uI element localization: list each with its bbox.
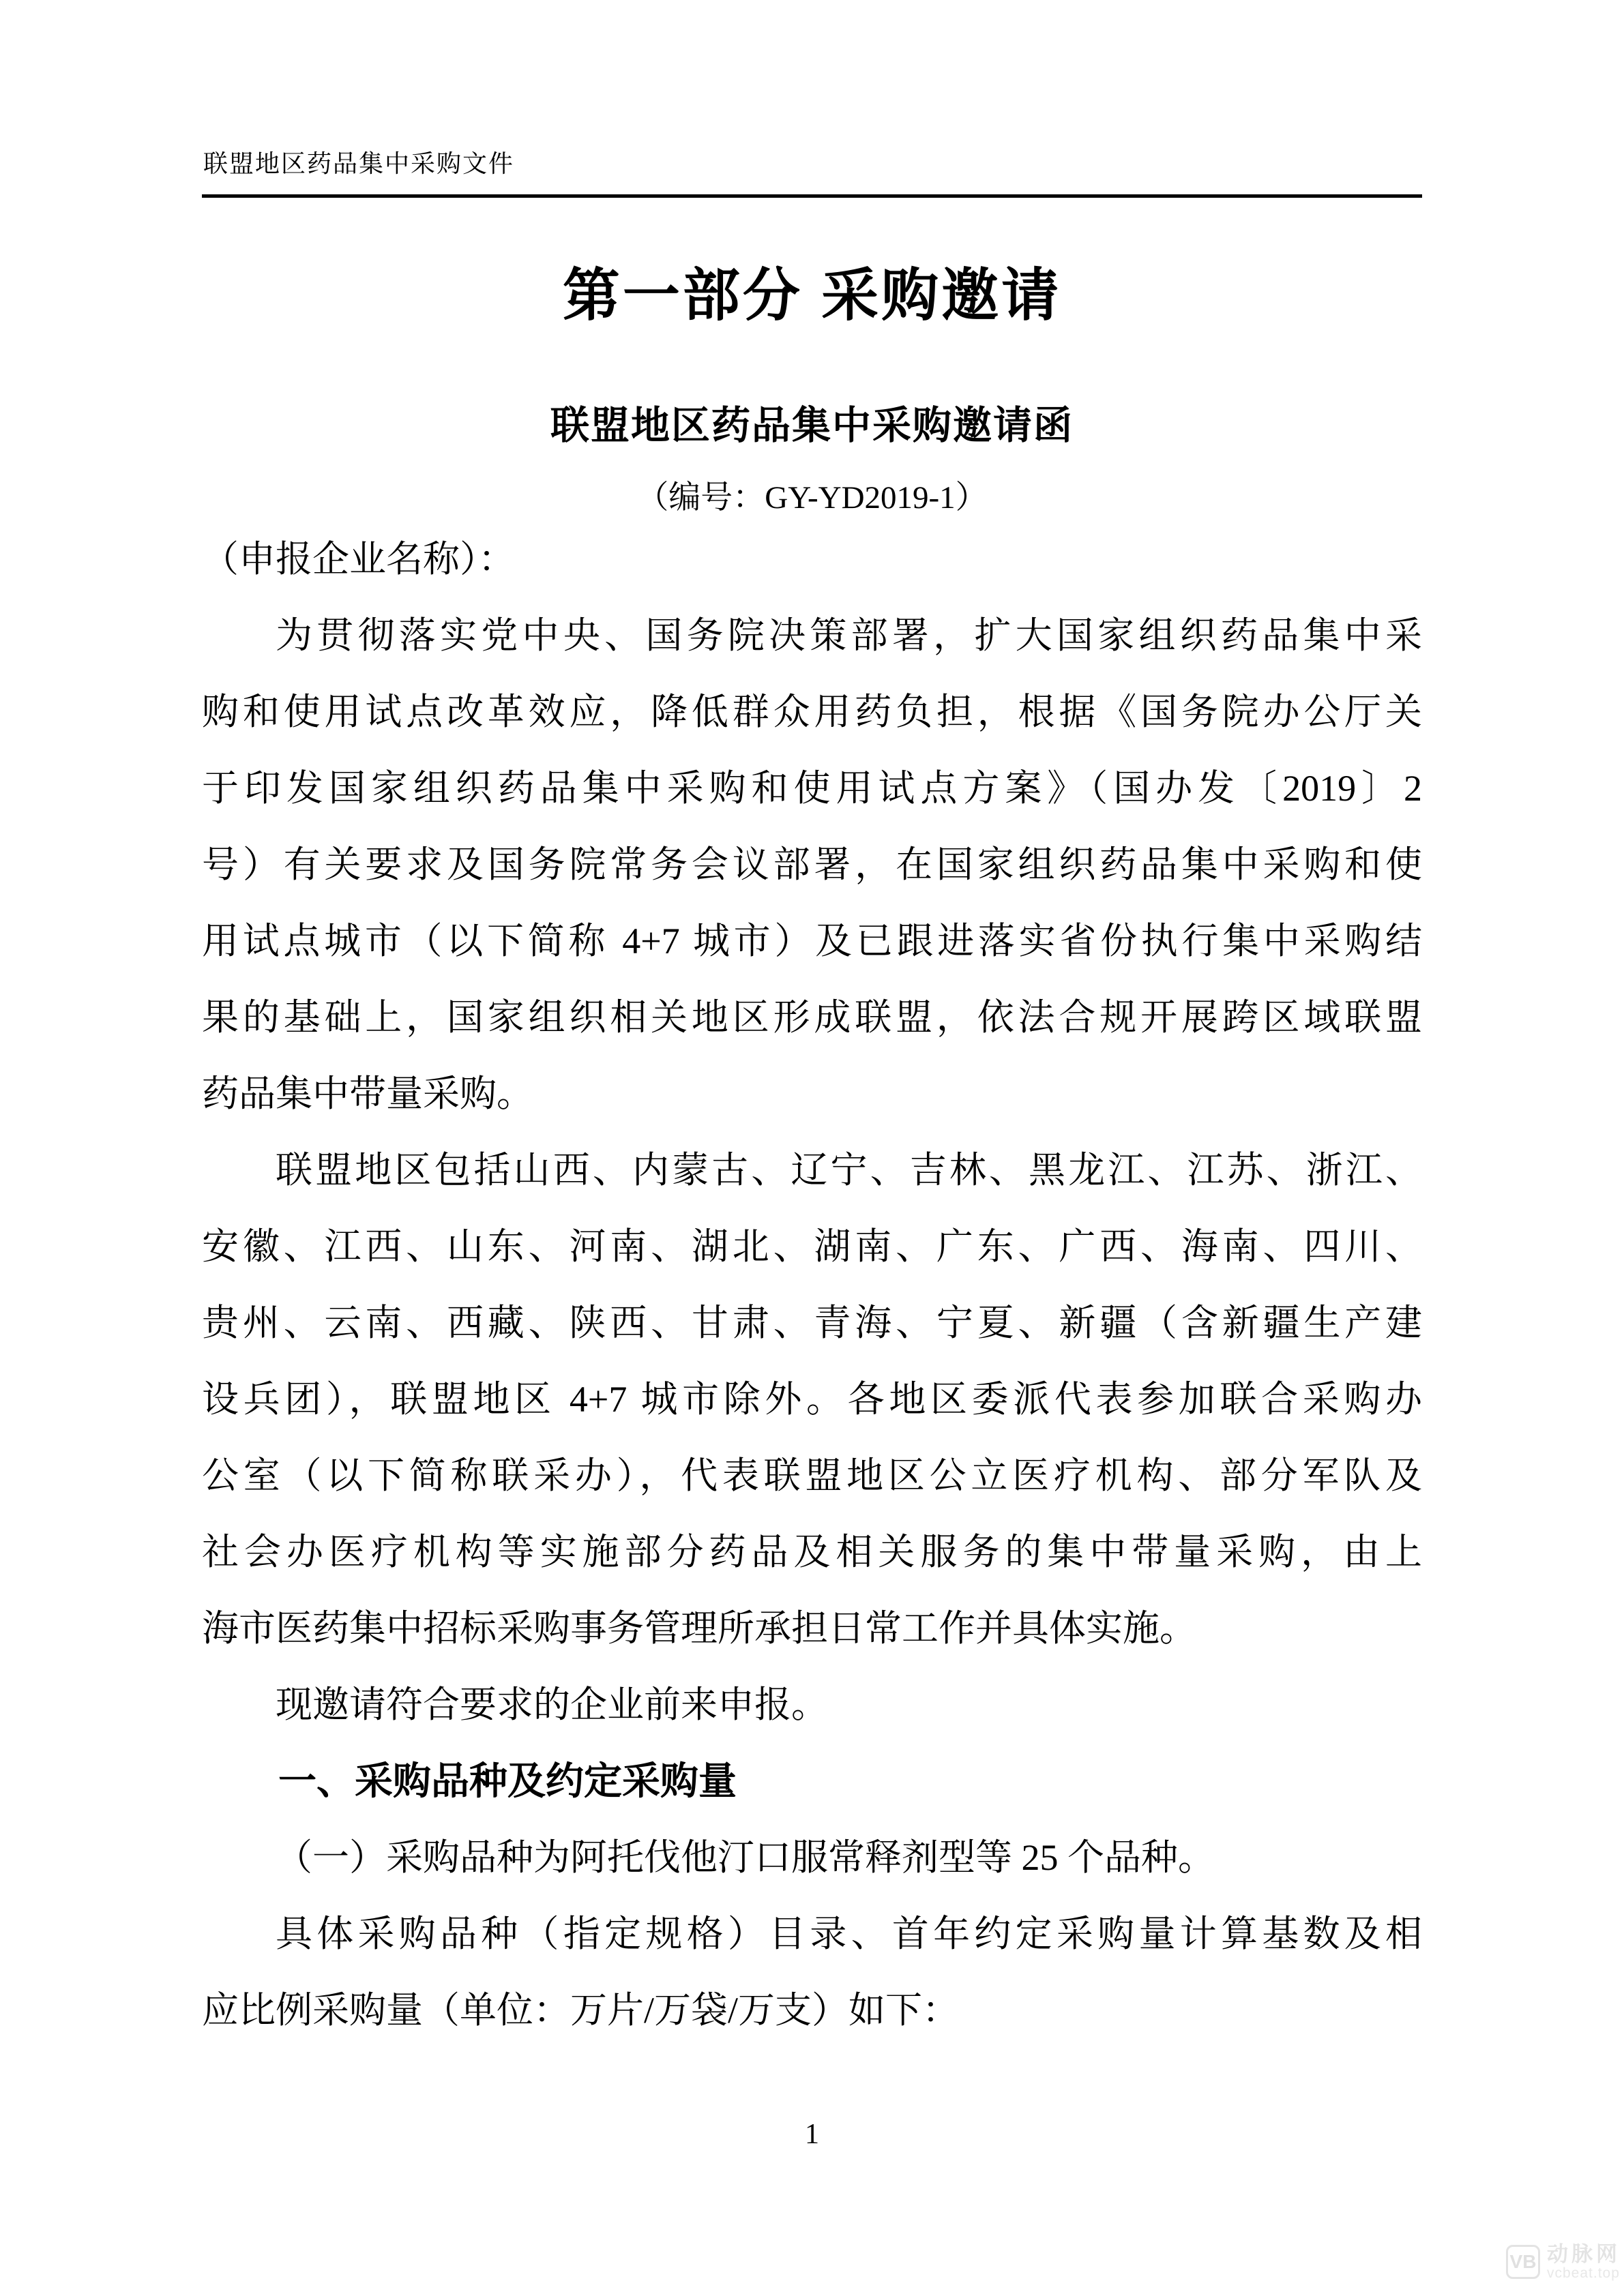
text-line: 公室（以下简称联采办），代表联盟地区公立医疗机构、部分军队及 bbox=[202, 1437, 1422, 1514]
text-line: 为贯彻落实党中央、国务院决策部署，扩大国家组织药品集中采 bbox=[202, 597, 1422, 674]
text-line: 用试点城市（以下简称 4+7 城市）及已跟进落实省份执行集中采购结 bbox=[202, 903, 1422, 979]
doc-number: （编号：GY-YD2019-1） bbox=[202, 472, 1422, 518]
text-line: 海市医药集中招标采购事务管理所承担日常工作并具体实施。 bbox=[202, 1590, 1422, 1667]
text-line: 一、采购品种及约定采购量 bbox=[202, 1743, 1422, 1819]
watermark-site: vcbeat.top bbox=[1547, 2266, 1621, 2281]
section-heading: 一、采购品种及约定采购量 bbox=[202, 1743, 1422, 1819]
watermark: VB 动脉网 vcbeat.top bbox=[1506, 2243, 1621, 2281]
text-line: 具体采购品种（指定规格）目录、首年约定采购量计算基数及相 bbox=[202, 1896, 1422, 1972]
text-line: 安徽、江西、山东、河南、湖北、湖南、广东、广西、海南、四川、 bbox=[202, 1208, 1422, 1285]
text-line: 购和使用试点改革效应，降低群众用药负担，根据《国务院办公厅关 bbox=[202, 674, 1422, 750]
text-line: （申报企业名称）： bbox=[202, 521, 1422, 597]
paragraph: 为贯彻落实党中央、国务院决策部署，扩大国家组织药品集中采购和使用试点改革效应，降… bbox=[202, 597, 1422, 1132]
paragraph: 现邀请符合要求的企业前来申报。 bbox=[202, 1667, 1422, 1743]
text-line: 号）有关要求及国务院常务会议部署，在国家组织药品集中采购和使 bbox=[202, 826, 1422, 903]
text-line: 贵州、云南、西藏、陕西、甘肃、青海、宁夏、新疆（含新疆生产建 bbox=[202, 1285, 1422, 1361]
paragraph: 联盟地区包括山西、内蒙古、辽宁、吉林、黑龙江、江苏、浙江、安徽、江西、山东、河南… bbox=[202, 1132, 1422, 1667]
vb-logo-icon: VB bbox=[1506, 2245, 1540, 2279]
text-line: 于印发国家组织药品集中采购和使用试点方案》（国办发〔2019〕2 bbox=[202, 750, 1422, 826]
text-line: 设兵团），联盟地区 4+7 城市除外。各地区委派代表参加联合采购办 bbox=[202, 1361, 1422, 1437]
page-title: 第一部分 采购邀请 bbox=[202, 250, 1422, 332]
paragraph: 具体采购品种（指定规格）目录、首年约定采购量计算基数及相应比例采购量（单位：万片… bbox=[202, 1896, 1422, 2048]
document-page: 联盟地区药品集中采购文件 第一部分 采购邀请 联盟地区药品集中采购邀请函 （编号… bbox=[0, 0, 1624, 2296]
watermark-text: 动脉网 vcbeat.top bbox=[1547, 2243, 1621, 2281]
watermark-name: 动脉网 bbox=[1547, 2243, 1621, 2266]
paragraph: （一）采购品种为阿托伐他汀口服常释剂型等 25 个品种。 bbox=[202, 1819, 1422, 1896]
doc-subtitle: 联盟地区药品集中采购邀请函 bbox=[202, 394, 1422, 450]
paragraph: （申报企业名称）： bbox=[202, 521, 1422, 597]
text-line: （一）采购品种为阿托伐他汀口服常释剂型等 25 个品种。 bbox=[202, 1819, 1422, 1896]
body-paragraphs: （申报企业名称）：为贯彻落实党中央、国务院决策部署，扩大国家组织药品集中采购和使… bbox=[202, 521, 1422, 2048]
text-line: 应比例采购量（单位：万片/万袋/万支）如下： bbox=[202, 1972, 1422, 2048]
text-line: 社会办医疗机构等实施部分药品及相关服务的集中带量采购，由上 bbox=[202, 1514, 1422, 1590]
text-line: 现邀请符合要求的企业前来申报。 bbox=[202, 1667, 1422, 1743]
text-line: 联盟地区包括山西、内蒙古、辽宁、吉林、黑龙江、江苏、浙江、 bbox=[202, 1132, 1422, 1208]
text-line: 果的基础上，国家组织相关地区形成联盟，依法合规开展跨区域联盟 bbox=[202, 979, 1422, 1056]
header-divider bbox=[202, 194, 1422, 198]
text-line: 药品集中带量采购。 bbox=[202, 1056, 1422, 1132]
running-header: 联盟地区药品集中采购文件 bbox=[203, 145, 1423, 179]
page-number: 1 bbox=[202, 2118, 1422, 2151]
